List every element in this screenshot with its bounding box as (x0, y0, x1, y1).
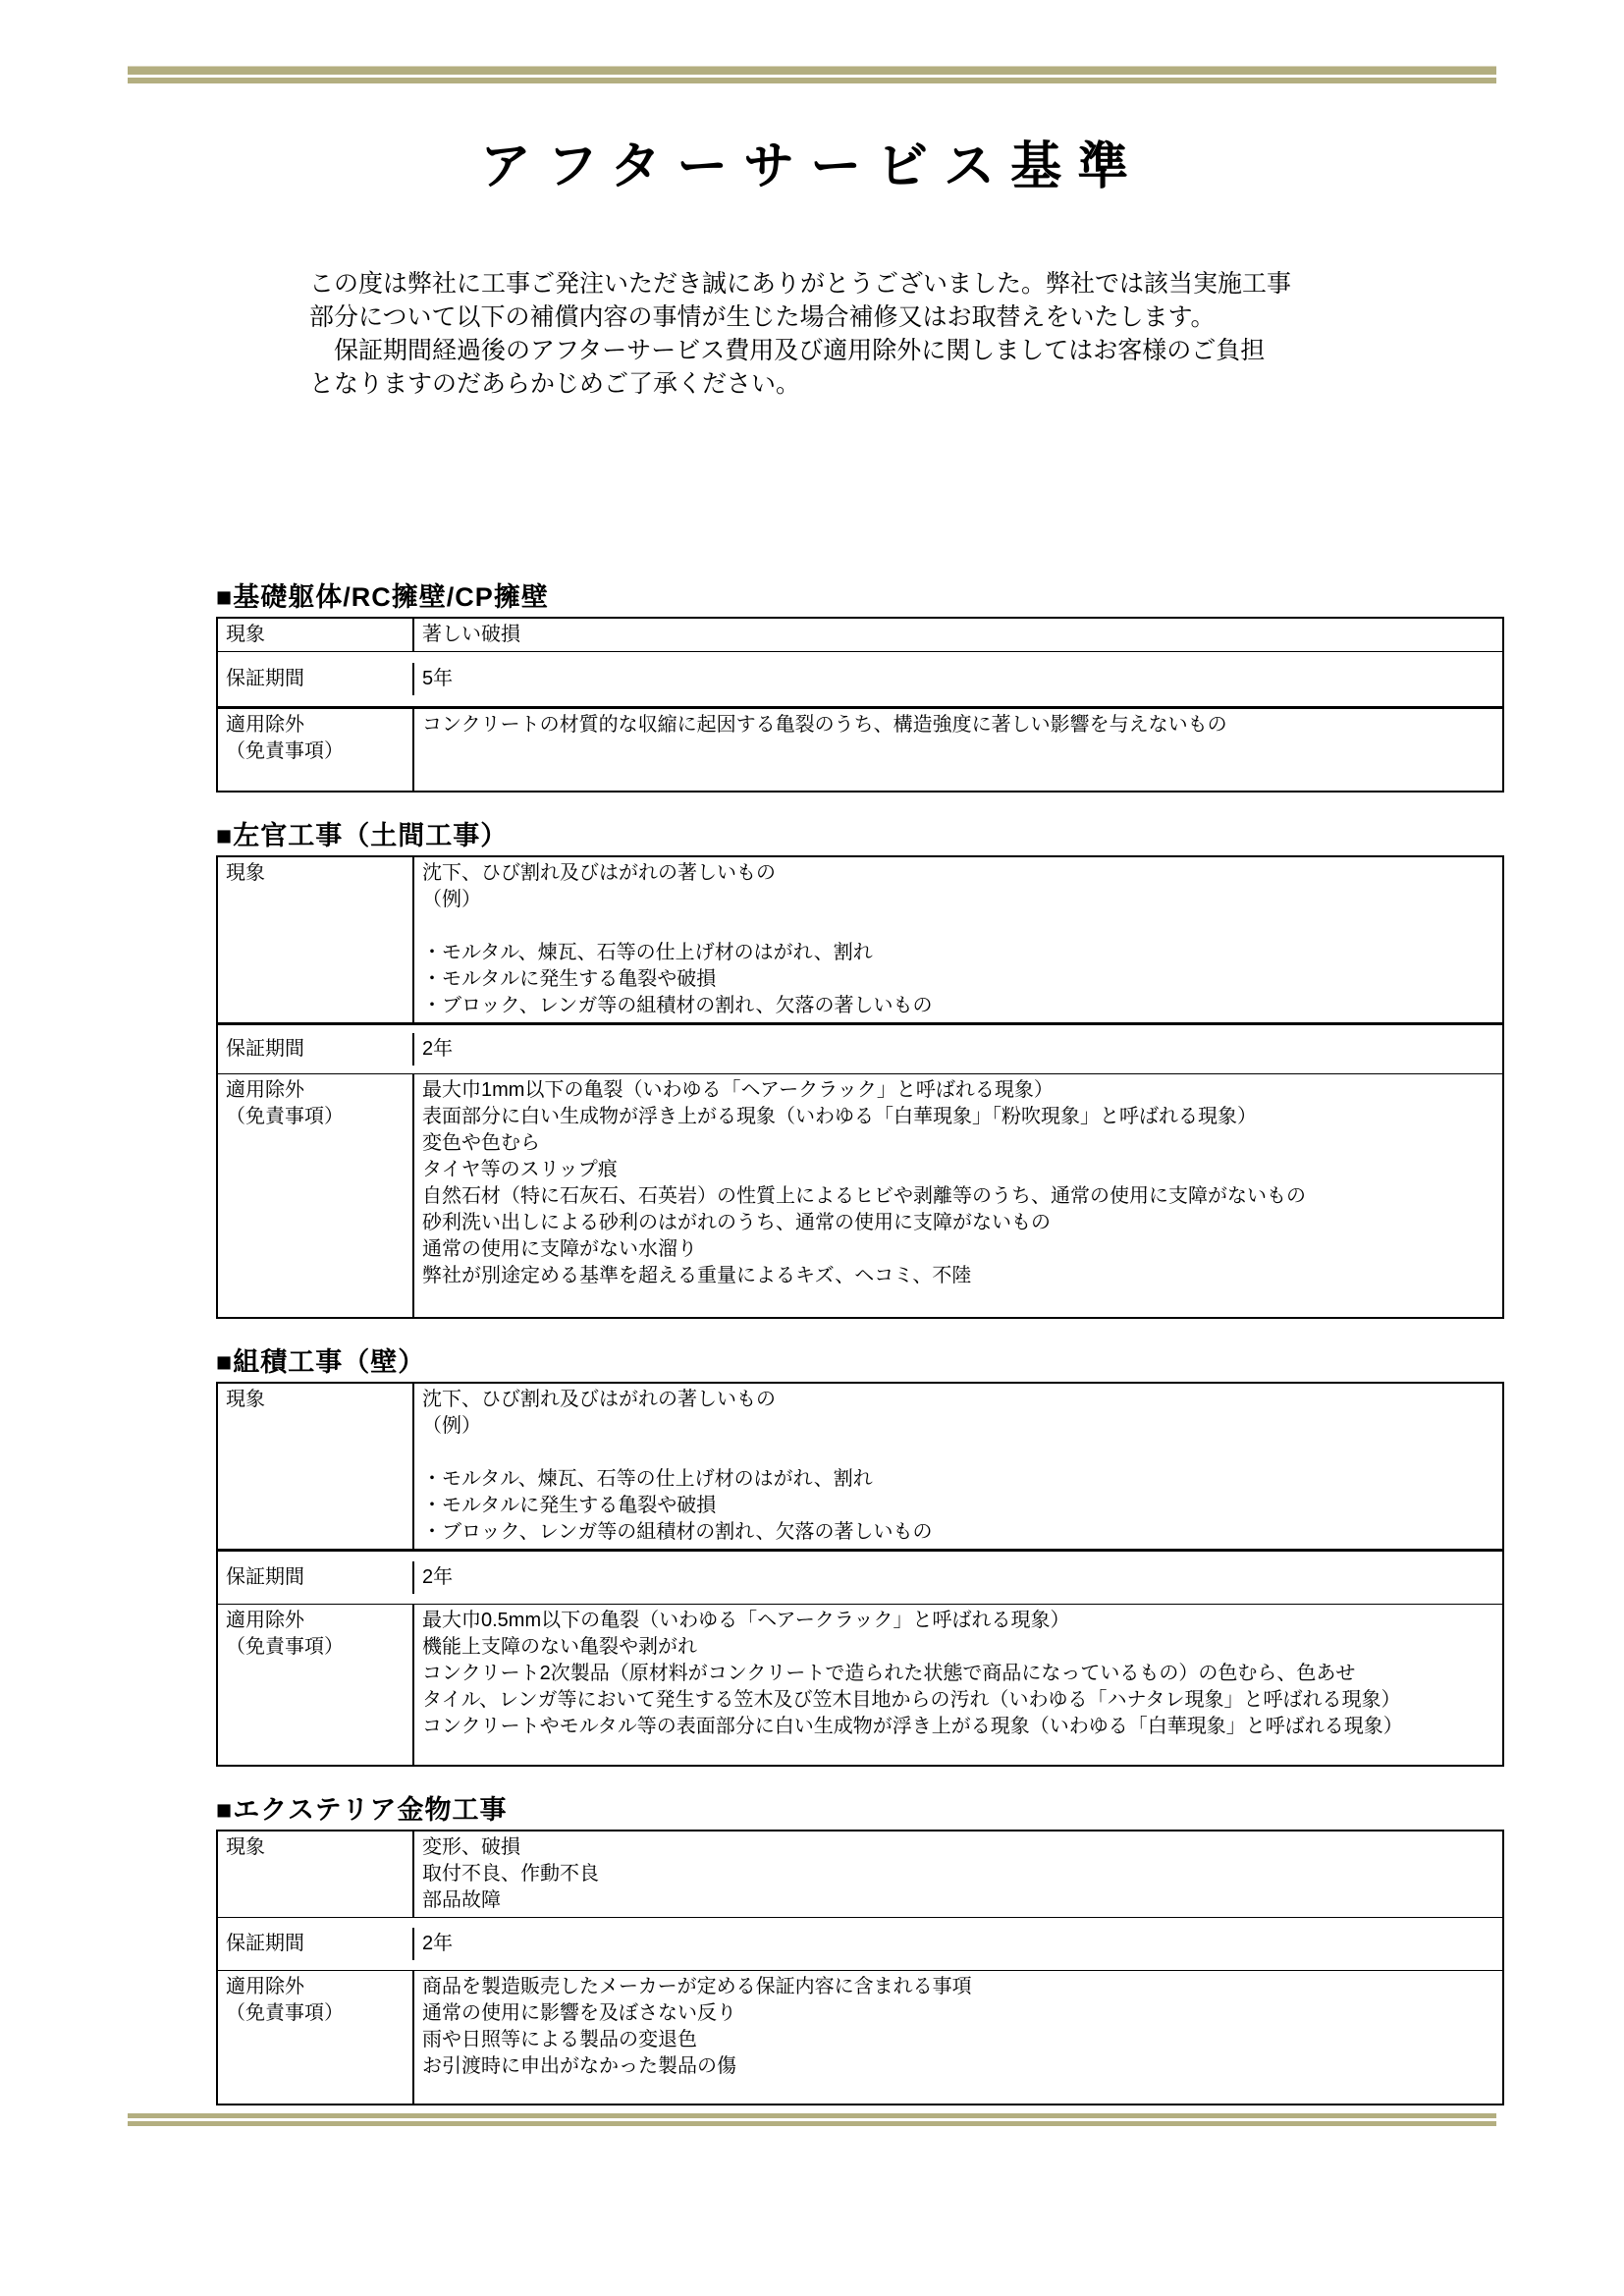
after-service-document-page: { "page": { "title": "アフターサービス基準", "rule… (0, 0, 1624, 2296)
row-value: 2年 (414, 1561, 1502, 1594)
phenomenon-row: 現象 変形、破損 取付不良、作動不良 部品故障 (218, 1831, 1502, 1917)
row-value: 5年 (414, 663, 1502, 695)
row-value: 商品を製造販売したメーカーが定める保証内容に含まれる事項 通常の使用に影響を及ぼ… (414, 1971, 1502, 2104)
row-label: 適用除外 （免責事項） (218, 1971, 414, 2104)
table-foundation: 現象 著しい破損 保証期間 5年 適用除外 （免責事項） コンクリートの材質的な… (216, 617, 1504, 793)
exclusions-row: 適用除外 （免責事項） 最大巾1mm以下の亀裂（いわゆる「ヘアークラック」と呼ば… (218, 1073, 1502, 1317)
row-label: 現象 (218, 1384, 414, 1549)
row-value: 最大巾0.5mm以下の亀裂（いわゆる「ヘアークラック」と呼ばれる現象） 機能上支… (414, 1605, 1502, 1765)
section-heading-plastering: ■左官工事（土間工事） (216, 820, 1504, 852)
bottom-border-rule (128, 2113, 1496, 2126)
row-value: コンクリートの材質的な収縮に起因する亀裂のうち、構造強度に著しい影響を与えないも… (414, 709, 1502, 791)
row-label: 現象 (218, 857, 414, 1022)
exclusions-row: 適用除外 （免責事項） 商品を製造販売したメーカーが定める保証内容に含まれる事項… (218, 1970, 1502, 2104)
page-title: アフターサービス基準 (0, 137, 1624, 196)
document-body: ■基礎躯体/RC擁壁/CP擁壁 現象 著しい破損 保証期間 5年 適用除外 （免… (216, 581, 1504, 2105)
row-value: 最大巾1mm以下の亀裂（いわゆる「ヘアークラック」と呼ばれる現象） 表面部分に白… (414, 1074, 1502, 1317)
row-value: 2年 (414, 1928, 1502, 1960)
row-label: 適用除外 （免責事項） (218, 709, 414, 791)
row-value: 沈下、ひび割れ及びはがれの著しいもの （例） ・モルタル、煉瓦、石等の仕上げ材の… (414, 857, 1502, 1022)
section-heading-exterior-hardware: ■エクステリア金物工事 (216, 1794, 1504, 1827)
row-label: 保証期間 (218, 1561, 414, 1594)
top-border-thin-line (128, 78, 1496, 83)
phenomenon-row: 現象 沈下、ひび割れ及びはがれの著しいもの （例） ・モルタル、煉瓦、石等の仕上… (218, 857, 1502, 1022)
row-label: 保証期間 (218, 1033, 414, 1066)
row-label: 適用除外 （免責事項） (218, 1605, 414, 1765)
row-value: 2年 (414, 1033, 1502, 1066)
warranty-period-row: 保証期間 2年 (218, 1917, 1502, 1970)
exclusions-row: 適用除外 （免責事項） 最大巾0.5mm以下の亀裂（いわゆる「ヘアークラック」と… (218, 1604, 1502, 1765)
phenomenon-row: 現象 沈下、ひび割れ及びはがれの著しいもの （例） ・モルタル、煉瓦、石等の仕上… (218, 1384, 1502, 1549)
row-label: 現象 (218, 1831, 414, 1917)
row-value: 著しい破損 (414, 619, 1502, 651)
section-heading-foundation: ■基礎躯体/RC擁壁/CP擁壁 (216, 581, 1504, 614)
top-border-thick-line (128, 66, 1496, 75)
intro-paragraph: この度は弊社に工事ご発注いただき誠にありがとうございました。弊社では該当実施工事… (309, 267, 1517, 401)
row-value: 沈下、ひび割れ及びはがれの著しいもの （例） ・モルタル、煉瓦、石等の仕上げ材の… (414, 1384, 1502, 1549)
row-label: 保証期間 (218, 1928, 414, 1960)
table-masonry: 現象 沈下、ひび割れ及びはがれの著しいもの （例） ・モルタル、煉瓦、石等の仕上… (216, 1382, 1504, 1767)
phenomenon-row: 現象 著しい破損 (218, 619, 1502, 651)
warranty-period-row: 保証期間 2年 (218, 1022, 1502, 1073)
section-heading-masonry: ■組積工事（壁） (216, 1346, 1504, 1379)
bottom-border-thin-line (128, 2121, 1496, 2126)
exclusions-row: 適用除外 （免責事項） コンクリートの材質的な収縮に起因する亀裂のうち、構造強度… (218, 706, 1502, 791)
row-value: 変形、破損 取付不良、作動不良 部品故障 (414, 1831, 1502, 1917)
warranty-period-row: 保証期間 5年 (218, 651, 1502, 706)
top-border-rule (128, 66, 1496, 83)
warranty-period-row: 保証期間 2年 (218, 1549, 1502, 1604)
table-exterior-hardware: 現象 変形、破損 取付不良、作動不良 部品故障 保証期間 2年 適用除外 （免責… (216, 1830, 1504, 2105)
row-label: 保証期間 (218, 663, 414, 695)
table-plastering: 現象 沈下、ひび割れ及びはがれの著しいもの （例） ・モルタル、煉瓦、石等の仕上… (216, 855, 1504, 1319)
row-label: 現象 (218, 619, 414, 651)
row-label: 適用除外 （免責事項） (218, 1074, 414, 1317)
